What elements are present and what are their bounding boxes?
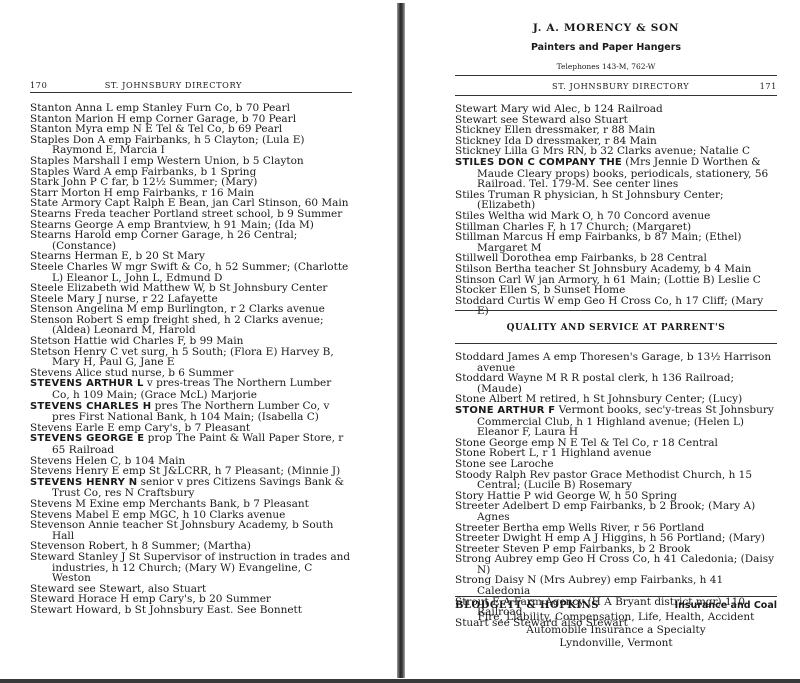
entry-text: Streeter Adelbert D emp Fairbanks, b 2 B…: [455, 500, 755, 523]
left-running-head: 170 ST. JOHNSBURY DIRECTORY: [30, 80, 350, 90]
directory-entry: Stenson Robert S emp freight shed, h 2 C…: [30, 315, 352, 336]
entry-bold-name: STEVENS GEORGE E: [30, 433, 144, 444]
entry-text: Steward Stanley J St Supervisor of instr…: [30, 551, 350, 584]
directory-entry: STEVENS CHARLES H pres The Northern Lumb…: [30, 401, 352, 423]
directory-entry: Stoddard Curtis W emp Geo H Cross Co, h …: [455, 296, 777, 317]
header-rule: [455, 95, 777, 96]
directory-entry: Stiles Truman R physician, h St Johnsbur…: [455, 190, 777, 211]
directory-entry: Stearns Harold emp Corner Garage, h 26 C…: [30, 230, 352, 251]
directory-entry: STEVENS HENRY N senior v pres Citizens S…: [30, 477, 352, 499]
ad-tagline: Painters and Paper Hangers: [412, 42, 800, 53]
directory-entry: Staples Don A emp Fairbanks, h 5 Clayton…: [30, 135, 352, 156]
page-number: 170: [30, 80, 47, 90]
entry-bold-name: STILES DON C COMPANY THE: [455, 157, 622, 168]
entry-text: Stearns Harold emp Corner Garage, h 26 C…: [30, 229, 297, 252]
directory-entry: STONE ARTHUR F Vermont books, sec'y-trea…: [455, 405, 777, 438]
directory-entry: Stetson Henry C vet surg, h 5 South; (Fl…: [30, 347, 352, 368]
entry-text: Staples Don A emp Fairbanks, h 5 Clayton…: [30, 134, 305, 157]
entry-text: Stetson Henry C vet surg, h 5 South; (Fl…: [30, 346, 334, 369]
directory-entry: STILES DON C COMPANY THE (Mrs Jennie D W…: [455, 157, 777, 190]
entry-text: Steele Charles W mgr Swift & Co, h 52 Su…: [30, 261, 348, 284]
directory-entry: Steward Stanley J St Supervisor of instr…: [30, 552, 352, 584]
entry-text: Stillman Marcus H emp Fairbanks, b 87 Ma…: [455, 231, 741, 254]
entry-bold-name: STEVENS CHARLES H: [30, 401, 151, 412]
entry-text: Stevenson Annie teacher St Johnsbury Aca…: [30, 519, 333, 542]
entry-text: Stenson Robert S emp freight shed, h 2 C…: [30, 314, 324, 337]
directory-entry: Stillman Marcus H emp Fairbanks, b 87 Ma…: [455, 232, 777, 253]
footer-ad-rule: [455, 596, 777, 597]
entry-text: Stoddard Curtis W emp Geo H Cross Co, h …: [455, 295, 763, 318]
entry-text: Strong Aubrey emp Geo H Cross Co, h 41 C…: [455, 553, 774, 576]
directory-entry: Stevenson Annie teacher St Johnsbury Aca…: [30, 520, 352, 541]
entry-text: Stoddard James A emp Thoresen's Garage, …: [455, 351, 771, 374]
directory-entry: Stoody Ralph Rev pastor Grace Methodist …: [455, 470, 777, 491]
footer-ad-line3: Lyndonville, Vermont: [455, 637, 777, 650]
entry-bold-name: STONE ARTHUR F: [455, 405, 555, 416]
footer-advertisement: BLODGETT & HOPKINS Insurance and Coal Fi…: [455, 600, 777, 650]
directory-entry: Streeter Adelbert D emp Fairbanks, b 2 B…: [455, 501, 777, 522]
entry-bold-name: STEVENS HENRY N: [30, 477, 137, 488]
directory-entries: Stanton Anna L emp Stanley Furn Co, b 70…: [30, 103, 352, 616]
right-running-head: ST. JOHNSBURY DIRECTORY 171: [472, 81, 777, 91]
entry-text: Stoddard Wayne M R R postal clerk, h 136…: [455, 372, 734, 395]
ad-phones: Telephones 143-M, 762-W: [412, 62, 800, 71]
ad-firm-name: J. A. MORENCY & SON: [412, 22, 800, 34]
footer-ad-firm: BLODGETT & HOPKINS: [455, 600, 599, 611]
mid-advertisement: QUALITY AND SERVICE AT PARRENT'S: [455, 323, 777, 333]
directory-entry: Strong Daisy N (Mrs Aubrey) emp Fairbank…: [455, 575, 777, 596]
mid-ad-rule-bottom: [455, 343, 777, 344]
left-page: 170 ST. JOHNSBURY DIRECTORY Stanton Anna…: [0, 0, 388, 678]
entry-bold-name: STEVENS ARTHUR L: [30, 378, 144, 389]
directory-entry: STEVENS GEORGE E prop The Paint & Wall P…: [30, 433, 352, 455]
mid-ad-rule-top: [455, 310, 777, 311]
running-head-title: ST. JOHNSBURY DIRECTORY: [552, 81, 689, 91]
entry-text: Stiles Truman R physician, h St Johnsbur…: [455, 189, 724, 212]
ad-rule-top: [455, 75, 777, 76]
right-page: J. A. MORENCY & SON Painters and Paper H…: [412, 0, 800, 678]
directory-entry: Stoddard James A emp Thoresen's Garage, …: [455, 352, 777, 373]
page-number: 171: [760, 81, 777, 91]
scan-bottom-edge: [0, 679, 800, 683]
directory-entries-upper: Stewart Mary wid Alec, b 124 RailroadSte…: [455, 104, 777, 317]
directory-entries-lower: Stoddard James A emp Thoresen's Garage, …: [455, 352, 777, 628]
book-gutter: [397, 3, 405, 678]
footer-ad-line1: Fire, Liability, Compensation, Life, Hea…: [455, 611, 777, 624]
entry-text: Strong Daisy N (Mrs Aubrey) emp Fairbank…: [455, 574, 723, 597]
directory-entry: STEVENS ARTHUR L v pres-treas The Northe…: [30, 378, 352, 400]
header-rule: [30, 92, 352, 93]
footer-ad-line2: Automobile Insurance a Specialty: [455, 624, 777, 637]
directory-entry: Strong Aubrey emp Geo H Cross Co, h 41 C…: [455, 554, 777, 575]
entry-text: Stewart Howard, b St Johnsbury East. See…: [30, 604, 302, 616]
directory-entry: Steele Charles W mgr Swift & Co, h 52 Su…: [30, 262, 352, 283]
directory-entry: Stoddard Wayne M R R postal clerk, h 136…: [455, 373, 777, 394]
entry-text: Stoody Ralph Rev pastor Grace Methodist …: [455, 469, 752, 492]
running-head-title: ST. JOHNSBURY DIRECTORY: [105, 80, 242, 90]
footer-ad-trade: Insurance and Coal: [675, 600, 777, 611]
directory-entry: Stewart Howard, b St Johnsbury East. See…: [30, 605, 352, 616]
